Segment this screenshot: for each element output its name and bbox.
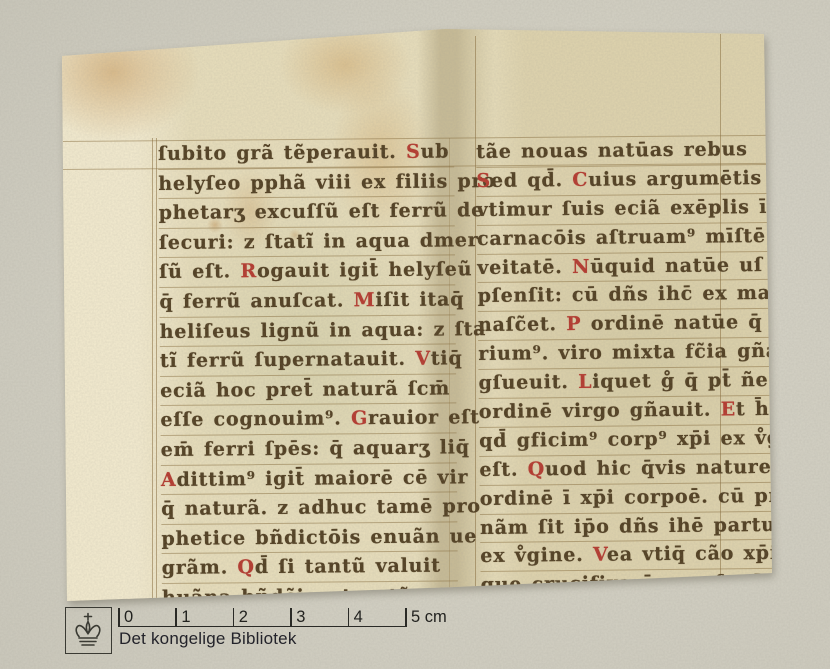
parchment-shadow: ſubito grã tẽperauit. Subhelyſeo pphã vi… <box>55 20 780 615</box>
rubric-initial: S <box>476 170 491 192</box>
ruling-line-left-column-b <box>156 138 157 600</box>
ruler-tick <box>233 608 235 627</box>
ruling-line-left-column-a <box>152 138 153 600</box>
ruler-tick-label: 3 <box>296 608 305 627</box>
manuscript-line: tĩ ferrũ ſupernatauit. Vtiq̄ <box>160 345 456 377</box>
manuscript-line: ſũ eſt. Rogauit igit̄ helyſeũ <box>159 256 455 288</box>
manuscript-line: carnacōis aſtruam⁹ mīſtē <box>477 223 769 255</box>
manuscript-line: eciã hoc pret̄ naturã ſcm̄ <box>160 374 456 406</box>
manuscript-line: phetarʒ excuſſũ eſt ferrũ de <box>159 197 455 229</box>
manuscript-line: nãm ſit ip̄o dñs ihē partus <box>480 511 772 543</box>
manuscript-line: heliſeus lignũ in aqua: z ſta <box>160 315 456 347</box>
manuscript-line: tãe nouas natūas rebus <box>476 136 768 168</box>
manuscript-line: grãm. Qd̄ ſi tantũ valuit <box>162 552 458 584</box>
ruler-baseline <box>118 626 406 628</box>
rubric-initial: Q <box>237 556 255 578</box>
manuscript-line: naſc̃et. P ordinē natūe q̄ <box>478 309 770 341</box>
manuscript-line: vtimur ſuis eciã exēplis ī <box>477 194 769 226</box>
rubric-initial: A <box>161 468 177 490</box>
right-page: tãe nouas natūas rebusSed qd̄. Cuius arg… <box>476 136 773 601</box>
left-page: ſubito grã tẽperauit. Subhelyſeo pphã vi… <box>158 137 458 613</box>
manuscript-line: rium⁹. viro mixta fc̃ia gñare <box>478 338 770 370</box>
ruler-tick-label: 0 <box>124 608 133 627</box>
manuscript-line: q̄ naturã. z adhuc tamē pro <box>161 493 457 525</box>
manuscript-line: ordinē ī xp̄i corpoē. cū pret̄ <box>480 483 772 515</box>
manuscript-photo: ſubito grã tẽperauit. Subhelyſeo pphã vi… <box>0 0 830 669</box>
manuscript-line: helyſeo pphã viii ex filiis pro <box>158 167 454 199</box>
rubric-initial: M <box>354 289 376 311</box>
scale-ruler: 012345 cm <box>118 608 458 628</box>
manuscript-line: veitatē. Nūquid natūe uſ <box>477 251 769 283</box>
manuscript-line: ex v̊gine. Vea vtiq̄ cão xp̄i <box>480 540 772 572</box>
crown-icon <box>72 612 104 648</box>
rubric-initial: S <box>406 141 421 163</box>
rubric-initial: V <box>593 544 607 566</box>
ruler-tick <box>405 608 407 627</box>
manuscript-line: ſecuri: z ſtatĩ in aqua dmer <box>159 226 455 258</box>
rubric-initial: Q <box>528 458 546 480</box>
manuscript-line: phetice bñdictōis enuãn ue <box>161 522 457 554</box>
ruler-tick <box>290 608 292 627</box>
rubric-initial: V <box>415 348 431 370</box>
ruler-tick-label: 2 <box>239 608 248 627</box>
manuscript-line: em̄ ferri ſpēs: q̄ aquarʒ liq̄ <box>161 433 457 465</box>
ruler-tick <box>118 608 120 627</box>
manuscript-line: Adittim⁹ igit̄ maiorē cē vir <box>161 463 457 495</box>
manuscript-line: gſueuit. Liquet g̊ q̄ pt̄ ñe <box>478 367 770 399</box>
manuscript-line: pſenſit: cū dñs ihc̄ ex maia <box>478 280 770 312</box>
rubric-initial: E <box>721 398 737 420</box>
ruler-tick-label: 4 <box>354 608 363 627</box>
manuscript-line: q̄ ferrũ anuſcat. Miſit itaq̄ <box>159 285 455 317</box>
parchment: ſubito grã tẽperauit. Subhelyſeo pphã vi… <box>55 20 780 615</box>
rubric-initial: L <box>578 371 592 393</box>
ruler-tick <box>348 608 350 627</box>
manuscript-line: Sed qd̄. Cuius argumētis <box>476 165 768 197</box>
rubric-initial: R <box>240 261 257 283</box>
manuscript-line: ordinē virgo gñauit. Et h̄ <box>479 396 771 428</box>
ruler-tick-label: 5 cm <box>411 608 447 627</box>
library-name: Det kongelige Bibliotek <box>119 629 297 649</box>
manuscript-line: eſſe cognouim⁹. Grauior eſt <box>160 404 456 436</box>
manuscript-line: eſt. Quod hic q̄vis nature <box>479 454 771 486</box>
manuscript-line: qd̄ gficim⁹ corp⁹ xp̄i ex v̊giē <box>479 425 771 457</box>
rubric-initial: G <box>351 408 368 430</box>
ruler-tick <box>175 608 177 627</box>
manuscript-line: que crucifixa ē que ſepūta <box>481 569 773 601</box>
rubric-initial: P <box>566 313 581 335</box>
library-logo <box>65 607 112 654</box>
rubric-initial: N <box>572 255 590 277</box>
manuscript-line: ſubito grã tẽperauit. Sub <box>158 137 454 169</box>
rubric-initial: C <box>572 169 588 191</box>
ruler-tick-label: 1 <box>181 608 190 627</box>
